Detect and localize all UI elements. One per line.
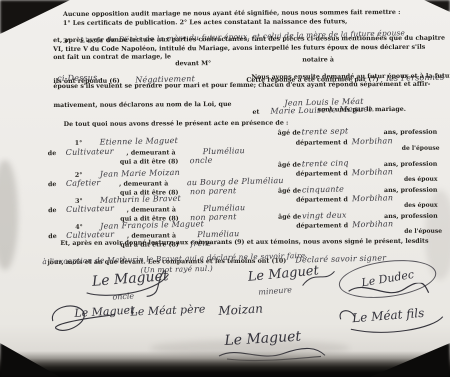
witness-profession: Cafetier: [65, 179, 100, 188]
printed-de-label: de: [48, 207, 56, 214]
witness-relation: oncle: [189, 157, 212, 166]
printed-side-label: de l'épouse: [402, 146, 440, 152]
printed-line: Et, après en avoir donné lecture aux com…: [60, 239, 428, 248]
printed-departement-label: département d: [296, 140, 348, 147]
signature-flourish: [300, 267, 336, 289]
printed-departement-label: département d: [296, 171, 348, 178]
printed-line: De tout quoi nous avons dressé le présen…: [64, 121, 289, 129]
witness-profession: Cultivateur: [65, 205, 113, 214]
printed-line: mativement, nous déclarons au nom de la …: [53, 101, 231, 109]
witness-departement: Morbihan: [352, 168, 393, 177]
witness-relation: non parent: [189, 187, 236, 196]
witness-departement: Morbihan: [352, 137, 393, 146]
printed-line: ont fait un contrat de mariage, le: [53, 54, 171, 61]
printed-notaire-label: notaire à: [302, 57, 334, 63]
document-scan: Aucune opposition audit mariage ne nous …: [0, 0, 450, 377]
printed-line: Aucune opposition audit mariage ne nous …: [63, 10, 401, 18]
signature-flourish: [347, 283, 431, 300]
witness-age: trente sept: [301, 127, 348, 136]
printed-line: épouse s'ils veulent se prendre pour mar…: [53, 82, 430, 91]
printed-side-label: des époux: [404, 203, 437, 209]
witness-departement: Morbihan: [352, 194, 393, 203]
printed-side-label: de l'épouse: [404, 229, 442, 235]
printed-age-label: âgé de: [278, 131, 301, 137]
signature-flourish: [84, 268, 174, 299]
witness-age: trente cinq: [302, 159, 349, 168]
signature: Le Maguet: [224, 329, 301, 349]
printed-age-label: âgé de: [278, 163, 301, 169]
printed-side-label: des époux: [404, 177, 437, 183]
printed-departement-label: département d: [296, 223, 348, 230]
signature-note: mineure: [258, 285, 292, 297]
printed-de-label: de: [48, 181, 56, 188]
printed-unis-label: sont unis par le mariage.: [318, 107, 406, 114]
handwritten-confirme-par-suite: ci-Dessus.: [57, 74, 100, 83]
printed-de-label: de: [48, 233, 56, 240]
printed-departement-label: département d: [296, 197, 348, 204]
printed-line: VI, titre V du Code Napoléon, intitulé d…: [53, 45, 425, 54]
signature-flourish: [337, 305, 447, 336]
witness-profession: Cultivateur: [65, 148, 113, 157]
witness-profession: Cultivateur: [66, 231, 114, 240]
witness-age: vingt deux: [302, 211, 347, 220]
signature: Le Méat père: [130, 303, 205, 319]
printed-de-label: de: [48, 150, 56, 157]
signature: Le Maguet.: [74, 303, 138, 320]
signature: Moizan: [218, 301, 263, 318]
printed-age-label: âgé de: [278, 189, 301, 195]
printed-et-label: et: [253, 109, 260, 116]
witness-departement: Morbihan: [352, 220, 393, 229]
witness-age: cinquante: [302, 186, 344, 195]
printed-age-label: âgé de: [278, 215, 301, 221]
